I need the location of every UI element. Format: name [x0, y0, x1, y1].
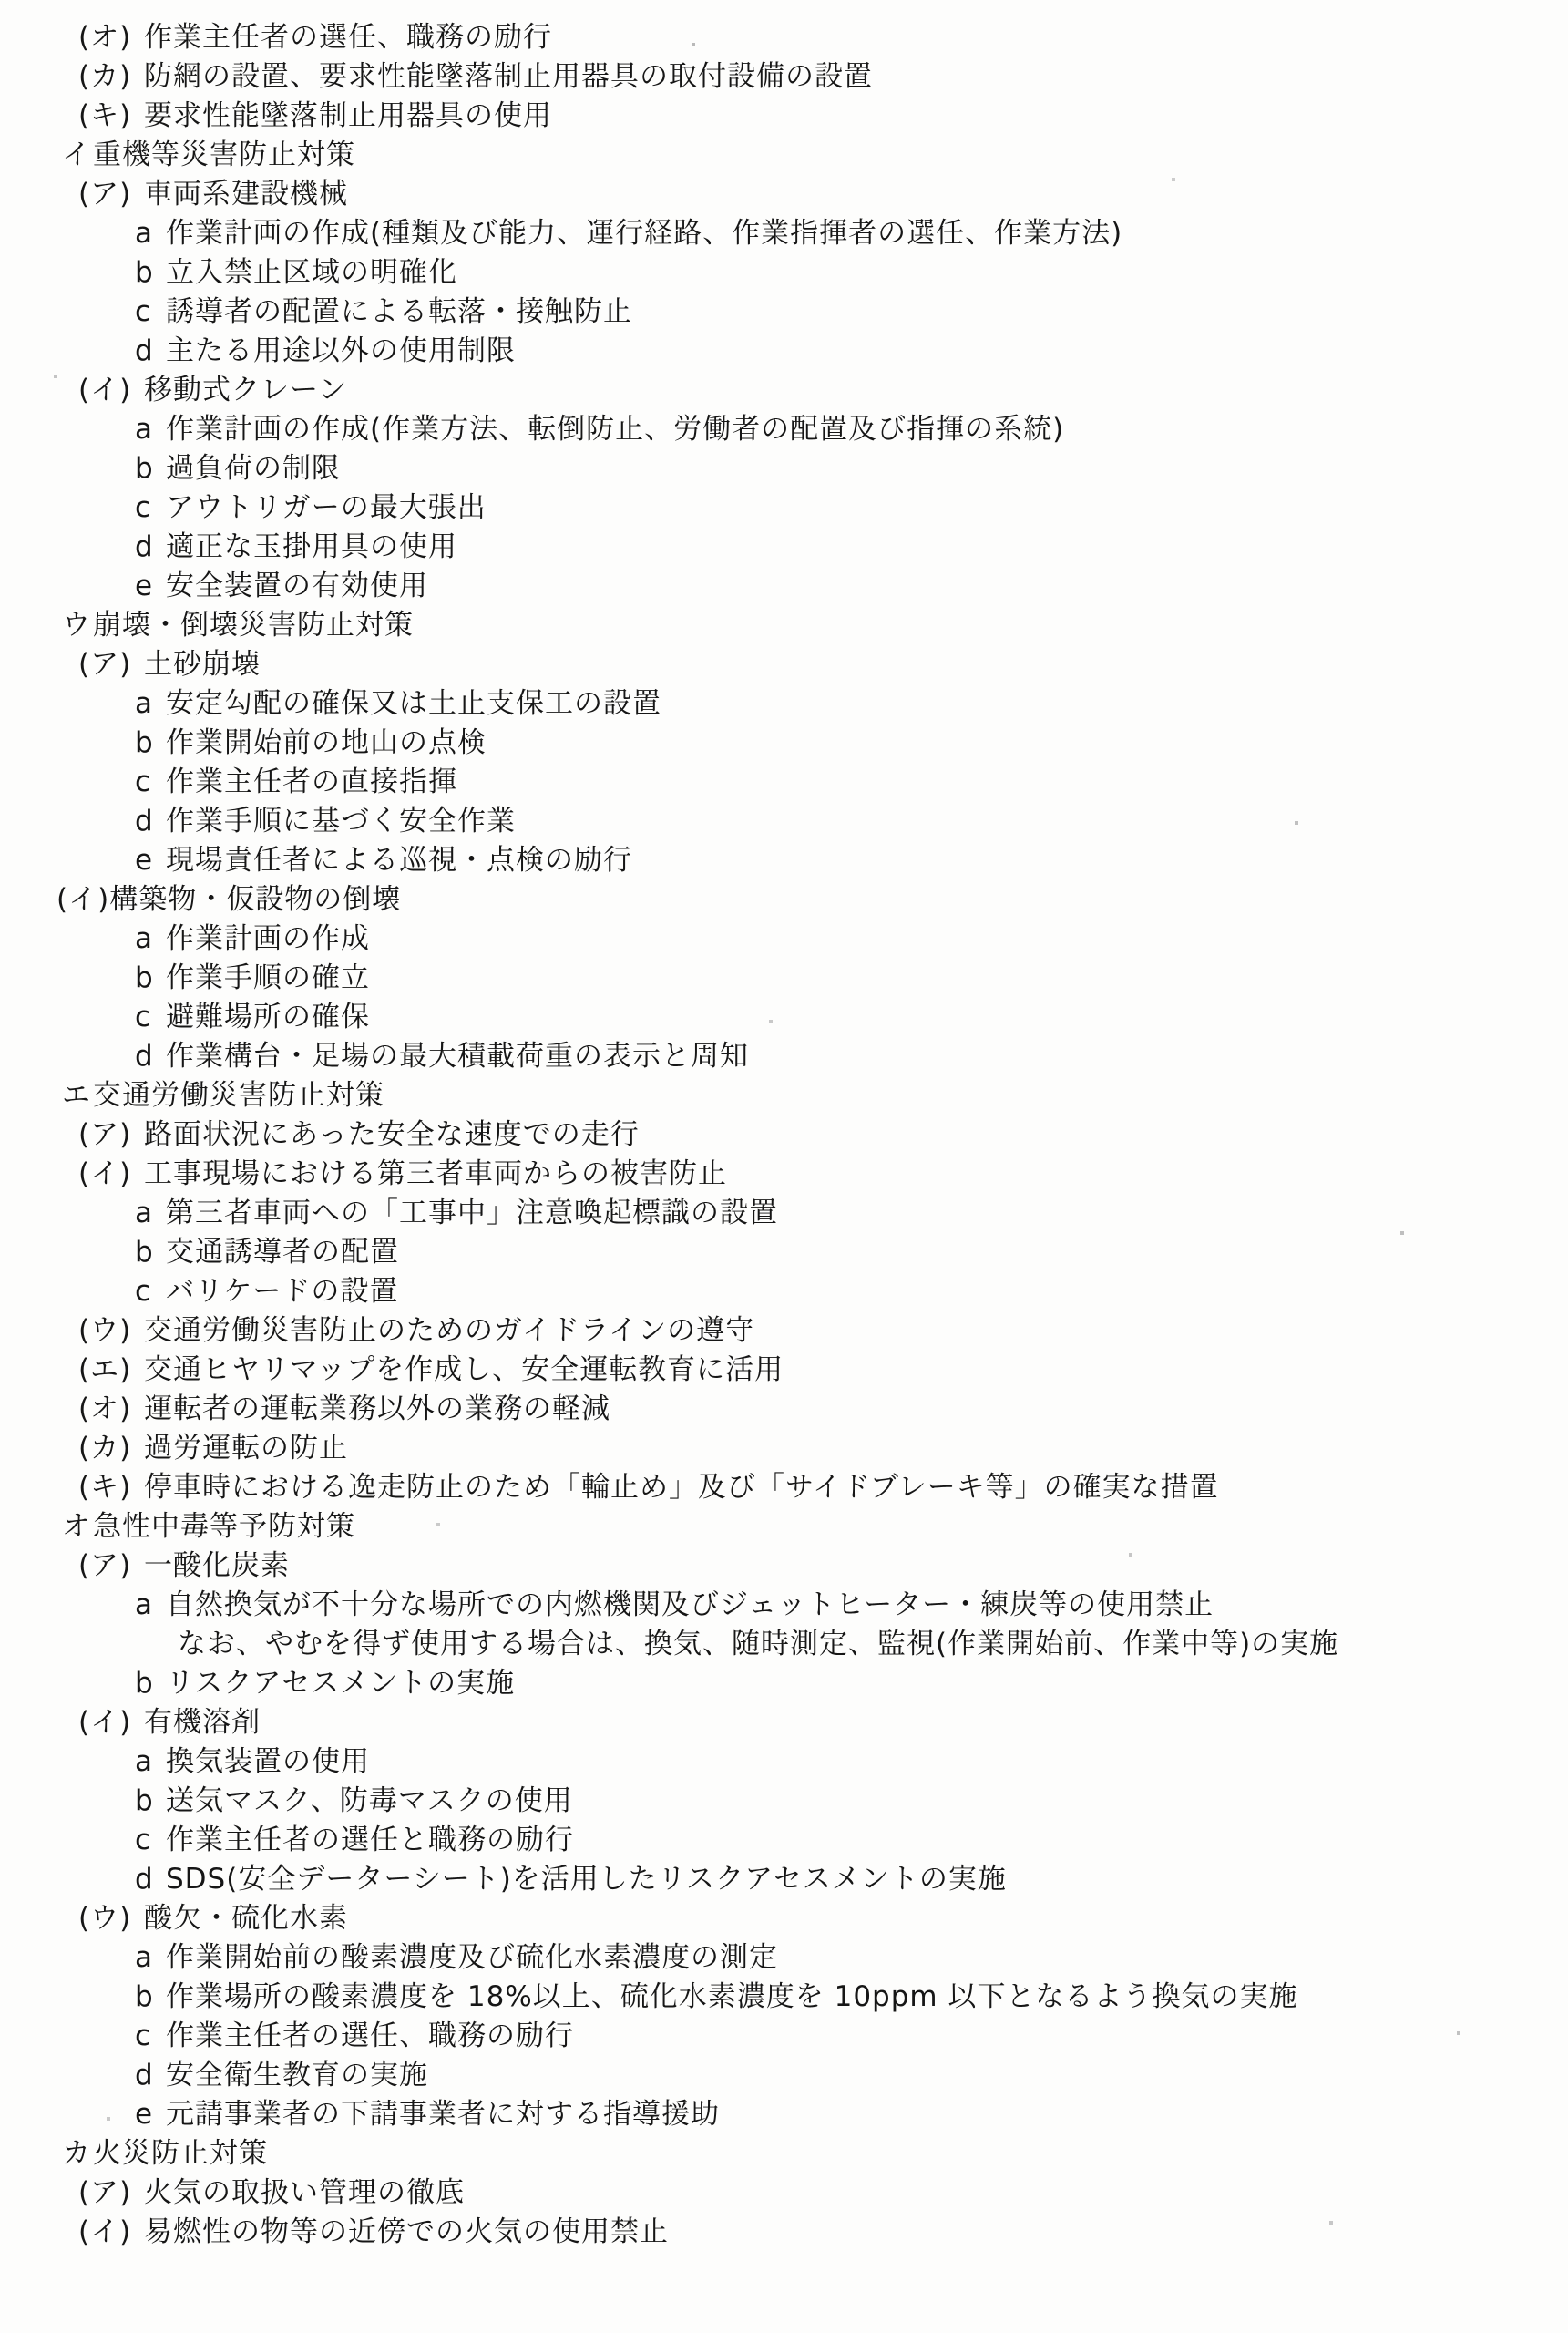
- item-label: (ウ): [78, 1899, 144, 1938]
- item-label: (カ): [78, 57, 144, 97]
- item-text: 土砂崩壊: [144, 645, 261, 684]
- item-label: (ア): [78, 645, 144, 684]
- item-label: a: [135, 1742, 166, 1782]
- scan-speckle: [0, 0, 2, 2]
- item-label: (ア): [78, 1547, 144, 1586]
- outline-item: (キ)停車時における逸走防止のため「輪止め」及び「サイドブレーキ等」の確実な措置: [0, 1468, 1568, 1507]
- outline-item: a第三者車両への「工事中」注意喚起標識の設置: [0, 1194, 1568, 1233]
- item-text: 火気の取扱い管理の徹底: [144, 2174, 465, 2213]
- outline-item: d安全衛生教育の実施: [0, 2056, 1568, 2095]
- item-text: 作業開始前の酸素濃度及び硫化水素濃度の測定: [166, 1938, 778, 1978]
- item-text: 交通労働災害防止のためのガイドラインの遵守: [144, 1311, 754, 1351]
- item-text: 火災防止対策: [93, 2134, 268, 2174]
- outline-item: d作業構台・足場の最大積載荷重の表示と周知: [0, 1037, 1568, 1076]
- item-text: 安全衛生教育の実施: [166, 2056, 428, 2095]
- item-label: a: [135, 684, 166, 724]
- item-text: 作業主任者の直接指揮: [166, 763, 457, 802]
- item-text: 交通誘導者の配置: [166, 1233, 399, 1272]
- outline-item: e安全装置の有効使用: [0, 567, 1568, 606]
- item-label: a: [135, 1586, 166, 1625]
- item-label: b: [135, 1233, 166, 1272]
- outline-item: (オ)運転者の運転業務以外の業務の軽減: [0, 1390, 1568, 1429]
- item-label: b: [135, 449, 166, 488]
- outline-list: (オ)作業主任者の選任、職務の励行(カ)防網の設置、要求性能墜落制止用器具の取付…: [0, 18, 1568, 2252]
- outline-item: (ウ)酸欠・硫化水素: [0, 1899, 1568, 1938]
- item-label: d: [135, 1860, 166, 1899]
- outline-item: b過負荷の制限: [0, 449, 1568, 488]
- item-text: 送気マスク、防毒マスクの使用: [166, 1782, 573, 1821]
- document-page: (オ)作業主任者の選任、職務の励行(カ)防網の設置、要求性能墜落制止用器具の取付…: [0, 0, 1568, 2333]
- item-text: 移動式クレーン: [144, 371, 347, 410]
- outline-item: (イ)移動式クレーン: [0, 371, 1568, 410]
- outline-item: c誘導者の配置による転落・接触防止: [0, 293, 1568, 332]
- item-label: ウ: [62, 606, 93, 645]
- item-text: 構築物・仮設物の倒壊: [109, 880, 401, 920]
- item-text: 避難場所の確保: [166, 998, 370, 1037]
- outline-item: (ア)一酸化炭素: [0, 1547, 1568, 1586]
- item-label: a: [135, 1938, 166, 1978]
- item-label: b: [135, 959, 166, 998]
- item-text: 酸欠・硫化水素: [144, 1899, 348, 1938]
- item-text: SDS(安全データーシート)を活用したリスクアセスメントの実施: [166, 1860, 1007, 1899]
- item-text: 車両系建設機械: [144, 175, 348, 214]
- outline-item: d作業手順に基づく安全作業: [0, 802, 1568, 841]
- item-label: (ア): [78, 2174, 144, 2213]
- item-label: (カ): [78, 1429, 144, 1468]
- item-label: b: [135, 1782, 166, 1821]
- item-label: b: [135, 1978, 166, 2017]
- outline-item: a自然換気が不十分な場所での内燃機関及びジェットヒーター・練炭等の使用禁止: [0, 1586, 1568, 1625]
- outline-item: a換気装置の使用: [0, 1742, 1568, 1782]
- item-text: 過負荷の制限: [166, 449, 341, 488]
- item-text: 交通労働災害防止対策: [93, 1076, 384, 1115]
- item-label: d: [135, 1037, 166, 1076]
- item-label: (イ): [78, 371, 144, 410]
- item-label: a: [135, 920, 166, 959]
- outline-item: (ア)路面状況にあった安全な速度での走行: [0, 1115, 1568, 1155]
- item-text: 作業場所の酸素濃度を 18%以上、硫化水素濃度を 10ppm 以下となるよう換気…: [166, 1978, 1297, 2017]
- outline-item: (イ)構築物・仮設物の倒壊: [0, 880, 1568, 920]
- outline-item: d適正な玉掛用具の使用: [0, 528, 1568, 567]
- outline-item: b作業場所の酸素濃度を 18%以上、硫化水素濃度を 10ppm 以下となるよう換…: [0, 1978, 1568, 2017]
- item-text: 路面状況にあった安全な速度での走行: [144, 1115, 640, 1155]
- outline-item: e元請事業者の下請事業者に対する指導援助: [0, 2095, 1568, 2134]
- outline-item: c作業主任者の選任と職務の励行: [0, 1821, 1568, 1860]
- item-text: 作業計画の作成(種類及び能力、運行経路、作業指揮者の選任、作業方法): [166, 214, 1122, 253]
- outline-item: (ウ)交通労働災害防止のためのガイドラインの遵守: [0, 1311, 1568, 1351]
- item-label: c: [135, 1821, 166, 1860]
- item-text: 作業手順の確立: [166, 959, 370, 998]
- outline-item: cアウトリガーの最大張出: [0, 488, 1568, 528]
- item-text: 安定勾配の確保又は土止支保工の設置: [166, 684, 661, 724]
- item-text: 過労運転の防止: [144, 1429, 348, 1468]
- item-text: 有機溶剤: [144, 1703, 261, 1742]
- item-label: c: [135, 763, 166, 802]
- item-text: 崩壊・倒壊災害防止対策: [93, 606, 414, 645]
- outline-item: イ重機等災害防止対策: [0, 136, 1568, 175]
- outline-item: a作業計画の作成: [0, 920, 1568, 959]
- outline-item: (カ)防網の設置、要求性能墜落制止用器具の取付設備の設置: [0, 57, 1568, 97]
- item-text: 安全装置の有効使用: [166, 567, 428, 606]
- item-label: e: [135, 2095, 166, 2134]
- item-label: e: [135, 567, 166, 606]
- item-text: 作業主任者の選任、職務の励行: [144, 18, 552, 57]
- item-label: (キ): [78, 97, 144, 136]
- item-label: d: [135, 332, 166, 371]
- item-label: (イ): [78, 1703, 144, 1742]
- outline-item: (カ)過労運転の防止: [0, 1429, 1568, 1468]
- item-text: 作業構台・足場の最大積載荷重の表示と周知: [166, 1037, 749, 1076]
- item-label: イ: [62, 136, 93, 175]
- item-text: 運転者の運転業務以外の業務の軽減: [144, 1390, 610, 1429]
- outline-item: b交通誘導者の配置: [0, 1233, 1568, 1272]
- item-label: エ: [62, 1076, 93, 1115]
- item-label: a: [135, 1194, 166, 1233]
- item-label: (イ): [78, 1155, 144, 1194]
- outline-item: エ交通労働災害防止対策: [0, 1076, 1568, 1115]
- item-label: d: [135, 2056, 166, 2095]
- outline-item: a作業計画の作成(作業方法、転倒防止、労働者の配置及び指揮の系統): [0, 410, 1568, 449]
- item-label: カ: [62, 2134, 93, 2174]
- item-label: (エ): [78, 1351, 144, 1390]
- outline-item: カ火災防止対策: [0, 2134, 1568, 2174]
- item-label: e: [135, 841, 166, 880]
- item-label: (ア): [78, 175, 144, 214]
- item-label: c: [135, 998, 166, 1037]
- item-text: アウトリガーの最大張出: [166, 488, 487, 528]
- outline-item: c避難場所の確保: [0, 998, 1568, 1037]
- item-label: a: [135, 214, 166, 253]
- item-text: 重機等災害防止対策: [93, 136, 355, 175]
- item-label: (イ): [78, 2213, 144, 2252]
- item-text: 作業主任者の選任、職務の励行: [166, 2017, 574, 2056]
- outline-item: a作業計画の作成(種類及び能力、運行経路、作業指揮者の選任、作業方法): [0, 214, 1568, 253]
- outline-item: ウ崩壊・倒壊災害防止対策: [0, 606, 1568, 645]
- item-label: b: [135, 724, 166, 763]
- item-text: 一酸化炭素: [144, 1547, 290, 1586]
- item-text: 作業開始前の地山の点検: [166, 724, 487, 763]
- outline-item: c作業主任者の選任、職務の励行: [0, 2017, 1568, 2056]
- outline-item: c作業主任者の直接指揮: [0, 763, 1568, 802]
- item-text: 作業計画の作成(作業方法、転倒防止、労働者の配置及び指揮の系統): [166, 410, 1064, 449]
- item-label: a: [135, 410, 166, 449]
- item-label: b: [135, 1664, 166, 1703]
- item-label: c: [135, 1272, 166, 1311]
- item-label: d: [135, 528, 166, 567]
- outline-item: (イ)易燃性の物等の近傍での火気の使用禁止: [0, 2213, 1568, 2252]
- item-label: c: [135, 293, 166, 332]
- item-label: (キ): [78, 1468, 144, 1507]
- outline-item: (イ)工事現場における第三者車両からの被害防止: [0, 1155, 1568, 1194]
- item-text: 作業手順に基づく安全作業: [166, 802, 516, 841]
- item-text: バリケードの設置: [166, 1272, 398, 1311]
- item-label: d: [135, 802, 166, 841]
- outline-item: dSDS(安全データーシート)を活用したリスクアセスメントの実施: [0, 1860, 1568, 1899]
- outline-item: b送気マスク、防毒マスクの使用: [0, 1782, 1568, 1821]
- item-text: 停車時における逸走防止のため「輪止め」及び「サイドブレーキ等」の確実な措置: [144, 1468, 1219, 1507]
- item-label: オ: [62, 1507, 93, 1547]
- item-text: 適正な玉掛用具の使用: [166, 528, 457, 567]
- item-text: 作業計画の作成: [166, 920, 370, 959]
- item-text: 交通ヒヤリマップを作成し、安全運転教育に活用: [144, 1351, 784, 1390]
- outline-item: a安定勾配の確保又は土止支保工の設置: [0, 684, 1568, 724]
- item-text: 急性中毒等予防対策: [93, 1507, 355, 1547]
- outline-item: a作業開始前の酸素濃度及び硫化水素濃度の測定: [0, 1938, 1568, 1978]
- outline-item: e現場責任者による巡視・点検の励行: [0, 841, 1568, 880]
- item-label: (オ): [78, 18, 144, 57]
- outline-item: オ急性中毒等予防対策: [0, 1507, 1568, 1547]
- item-text: 換気装置の使用: [166, 1742, 370, 1782]
- item-text: 第三者車両への「工事中」注意喚起標識の設置: [166, 1194, 778, 1233]
- item-text: 防網の設置、要求性能墜落制止用器具の取付設備の設置: [144, 57, 873, 97]
- outline-item: (イ)有機溶剤: [0, 1703, 1568, 1742]
- outline-item: (ア)火気の取扱い管理の徹底: [0, 2174, 1568, 2213]
- item-text: 易燃性の物等の近傍での火気の使用禁止: [144, 2213, 669, 2252]
- outline-item: (ア)土砂崩壊: [0, 645, 1568, 684]
- outline-item: (オ)作業主任者の選任、職務の励行: [0, 18, 1568, 57]
- item-text: 作業主任者の選任と職務の励行: [166, 1821, 574, 1860]
- outline-item: (エ)交通ヒヤリマップを作成し、安全運転教育に活用: [0, 1351, 1568, 1390]
- item-label: (イ): [56, 880, 109, 920]
- item-text: 立入禁止区域の明確化: [166, 253, 457, 293]
- outline-item: なお、やむを得ず使用する場合は、換気、随時測定、監視(作業開始前、作業中等)の実…: [0, 1625, 1568, 1664]
- outline-item: d主たる用途以外の使用制限: [0, 332, 1568, 371]
- outline-item: b作業開始前の地山の点検: [0, 724, 1568, 763]
- outline-item: bリスクアセスメントの実施: [0, 1664, 1568, 1703]
- item-text: 主たる用途以外の使用制限: [166, 332, 516, 371]
- item-label: c: [135, 488, 166, 528]
- item-label: (オ): [78, 1390, 144, 1429]
- outline-item: (キ)要求性能墜落制止用器具の使用: [0, 97, 1568, 136]
- item-label: c: [135, 2017, 166, 2056]
- item-text: 現場責任者による巡視・点検の励行: [166, 841, 632, 880]
- item-text: 自然換気が不十分な場所での内燃機関及びジェットヒーター・練炭等の使用禁止: [166, 1586, 1214, 1625]
- item-text: リスクアセスメントの実施: [166, 1664, 515, 1703]
- item-label: (ウ): [78, 1311, 144, 1351]
- outline-item: (ア)車両系建設機械: [0, 175, 1568, 214]
- item-text: 工事現場における第三者車両からの被害防止: [144, 1155, 727, 1194]
- item-text: 要求性能墜落制止用器具の使用: [144, 97, 552, 136]
- item-text: 元請事業者の下請事業者に対する指導援助: [166, 2095, 720, 2134]
- item-label: b: [135, 253, 166, 293]
- item-label: (ア): [78, 1115, 144, 1155]
- outline-item: cバリケードの設置: [0, 1272, 1568, 1311]
- outline-item: b作業手順の確立: [0, 959, 1568, 998]
- item-text: 誘導者の配置による転落・接触防止: [166, 293, 632, 332]
- item-text: なお、やむを得ず使用する場合は、換気、随時測定、監視(作業開始前、作業中等)の実…: [178, 1625, 1338, 1664]
- outline-item: b立入禁止区域の明確化: [0, 253, 1568, 293]
